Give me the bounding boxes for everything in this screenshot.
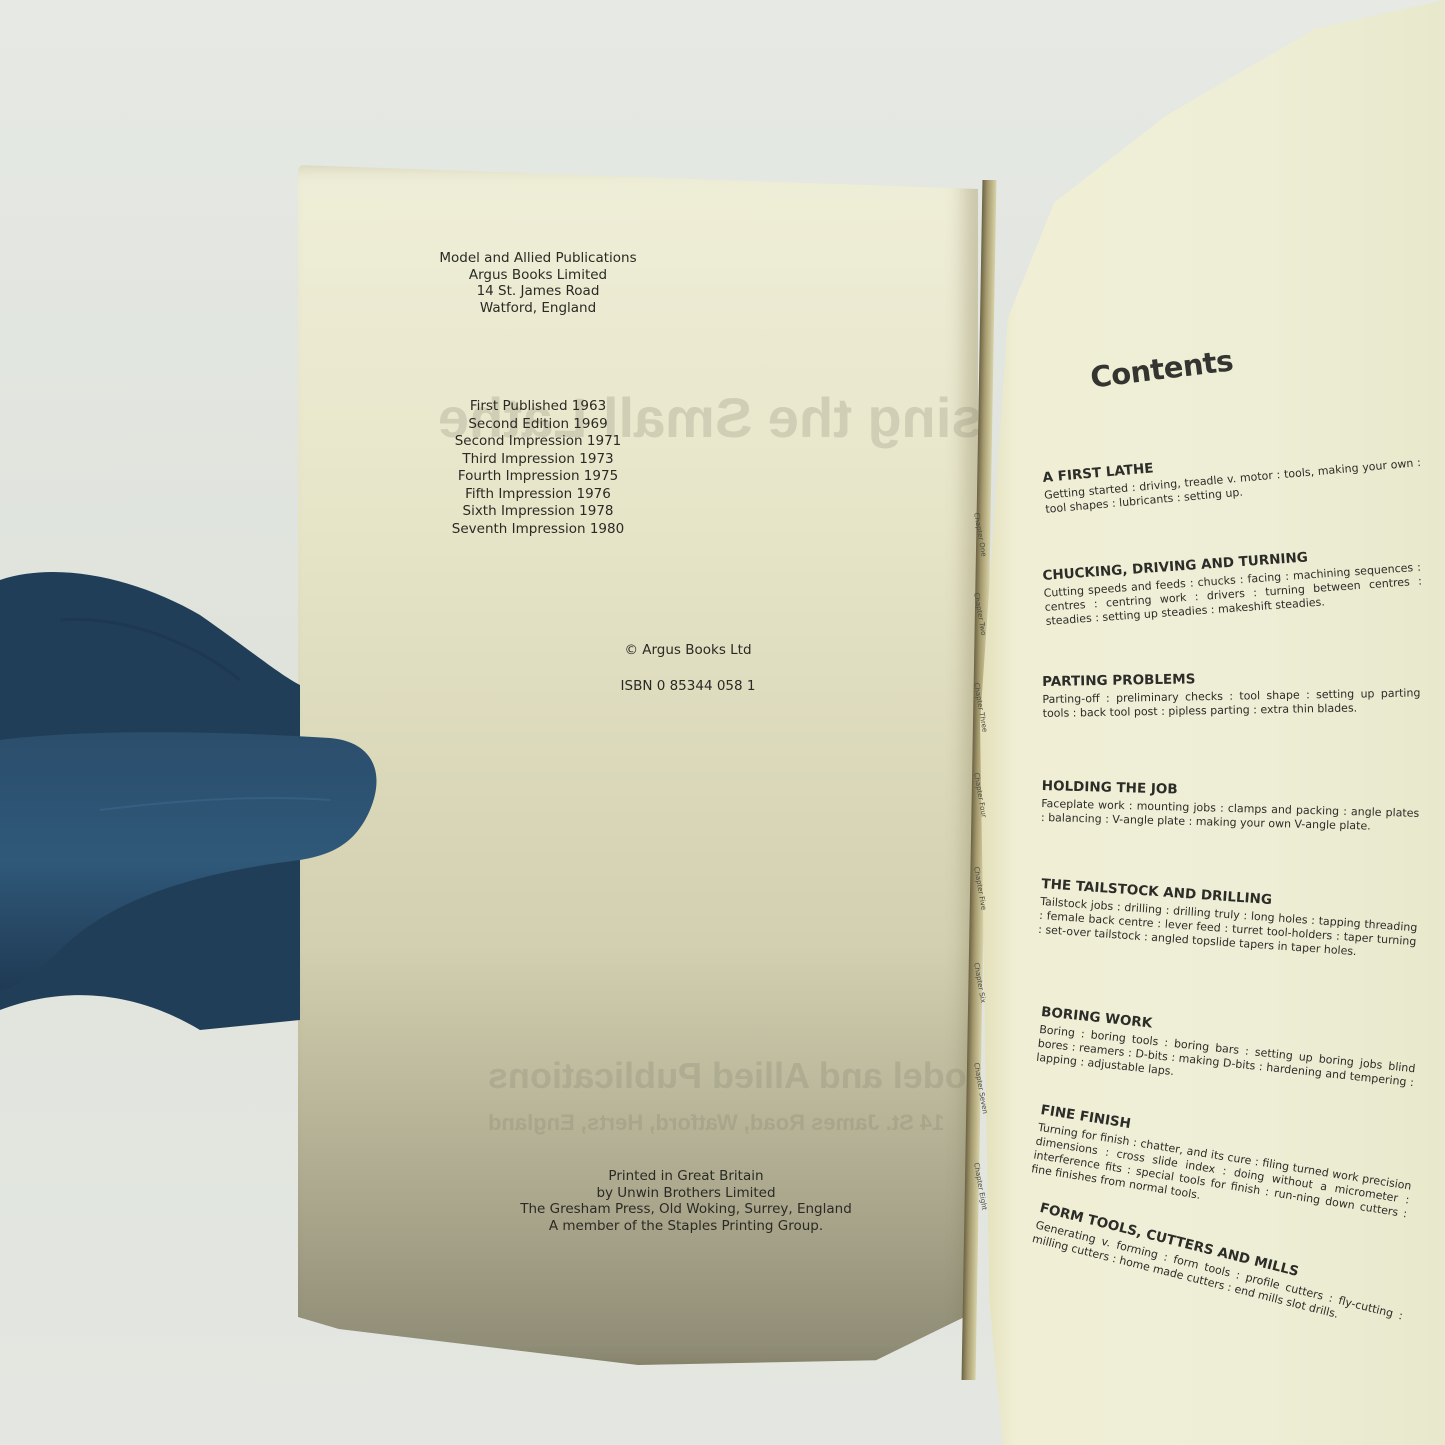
history-line: Second Impression 1971 <box>298 433 778 451</box>
gloved-hand <box>0 560 400 1030</box>
history-line: Fifth Impression 1976 <box>298 486 778 504</box>
printer-line: The Gresham Press, Old Woking, Surrey, E… <box>446 1201 926 1218</box>
printer-line: A member of the Staples Printing Group. <box>446 1218 926 1235</box>
history-line: Sixth Impression 1978 <box>298 503 778 521</box>
isbn: ISBN 0 85344 058 1 <box>448 678 928 694</box>
printer-line: Printed in Great Britain <box>446 1168 926 1185</box>
history-line: Third Impression 1973 <box>298 451 778 469</box>
show-through-address: 14 St. James Road, Watford, Herts, Engla… <box>488 1110 944 1136</box>
chapter-entry: HOLDING THE JOB Faceplate work : mountin… <box>1041 778 1420 835</box>
publisher-line: Argus Books Limited <box>298 267 778 284</box>
history-line: Fourth Impression 1975 <box>298 468 778 486</box>
history-line: Second Edition 1969 <box>298 416 778 434</box>
history-line: Seventh Impression 1980 <box>298 521 778 539</box>
publisher-line: Model and Allied Publications <box>298 250 778 267</box>
publisher-block: Model and Allied Publications Argus Book… <box>298 250 778 316</box>
show-through-publisher: Model and Allied Publications <box>488 1055 997 1097</box>
publisher-line: Watford, England <box>298 300 778 317</box>
publisher-line: 14 St. James Road <box>298 283 778 300</box>
printer-block: Printed in Great Britain by Unwin Brothe… <box>446 1168 926 1234</box>
chapter-entry: PARTING PROBLEMS Parting-off : prelimina… <box>1042 667 1421 721</box>
photo-scene: Using the Small Lathe Model and Allied P… <box>0 0 1445 1445</box>
copyright-notice: © Argus Books Ltd <box>448 642 928 659</box>
publication-history: First Published 1963 Second Edition 1969… <box>298 398 778 538</box>
history-line: First Published 1963 <box>298 398 778 416</box>
printer-line: by Unwin Brothers Limited <box>446 1185 926 1202</box>
